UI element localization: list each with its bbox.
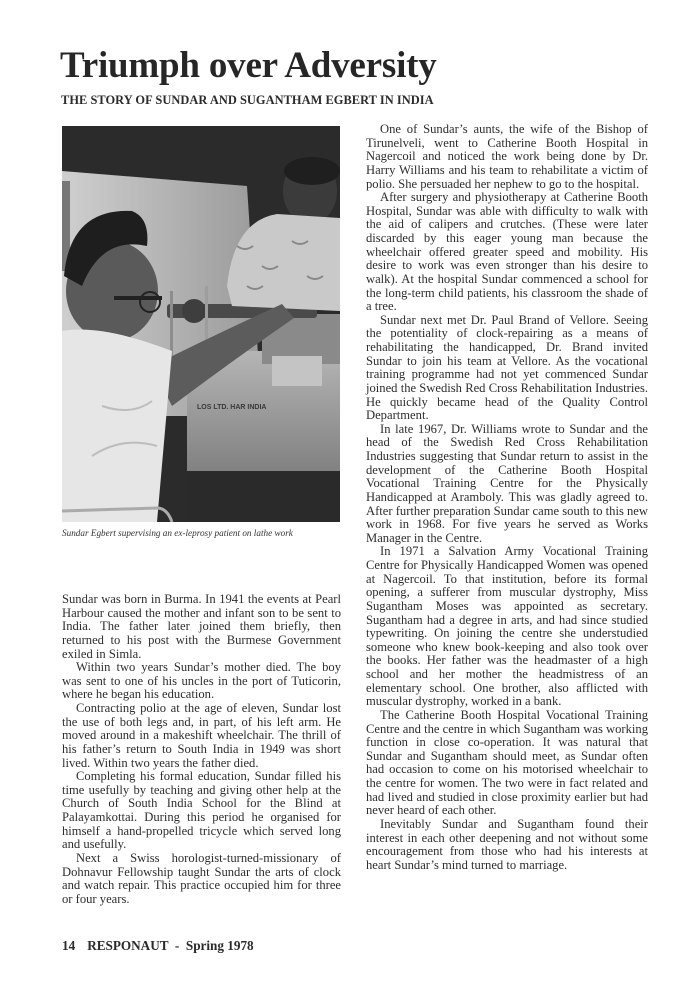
paragraph: Contracting polio at the age of eleven, … [62, 702, 341, 770]
paragraph: After surgery and physiotherapy at Cathe… [366, 191, 648, 314]
paragraph: Within two years Sundar’s mother died. T… [62, 661, 341, 702]
paragraph: One of Sundar’s aunts, the wife of the B… [366, 123, 648, 191]
paragraph: Inevitably Sundar and Sugantham found th… [366, 818, 648, 873]
lathe-workshop-photo: LOS LTD. HAR INDIA [62, 126, 340, 522]
article-photo: LOS LTD. HAR INDIA [62, 126, 340, 522]
paragraph: Sundar next met Dr. Paul Brand of Vellor… [366, 314, 648, 423]
page-number: 14 [62, 938, 75, 953]
page-footer: 14RESPONAUT - Spring 1978 [62, 938, 254, 954]
paragraph: The Catherine Booth Hospital Vocational … [366, 709, 648, 818]
photo-caption: Sundar Egbert supervising an ex-leprosy … [62, 527, 342, 539]
machine-label: LOS LTD. HAR INDIA [197, 404, 266, 411]
left-column: Sundar was born in Burma. In 1941 the ev… [62, 593, 341, 906]
paragraph: Completing his formal education, Sundar … [62, 770, 341, 852]
article-title: Triumph over Adversity [60, 46, 437, 86]
paragraph: In 1971 a Salvation Army Vocational Trai… [366, 545, 648, 709]
right-column: One of Sundar’s aunts, the wife of the B… [366, 123, 648, 872]
article-subtitle: THE STORY OF SUNDAR AND SUGANTHAM EGBERT… [61, 93, 434, 107]
paragraph: Next a Swiss horologist-turned-missionar… [62, 852, 341, 907]
paragraph: In late 1967, Dr. Williams wrote to Sund… [366, 423, 648, 546]
publication-name: RESPONAUT - Spring 1978 [87, 938, 253, 953]
paragraph: Sundar was born in Burma. In 1941 the ev… [62, 593, 341, 661]
